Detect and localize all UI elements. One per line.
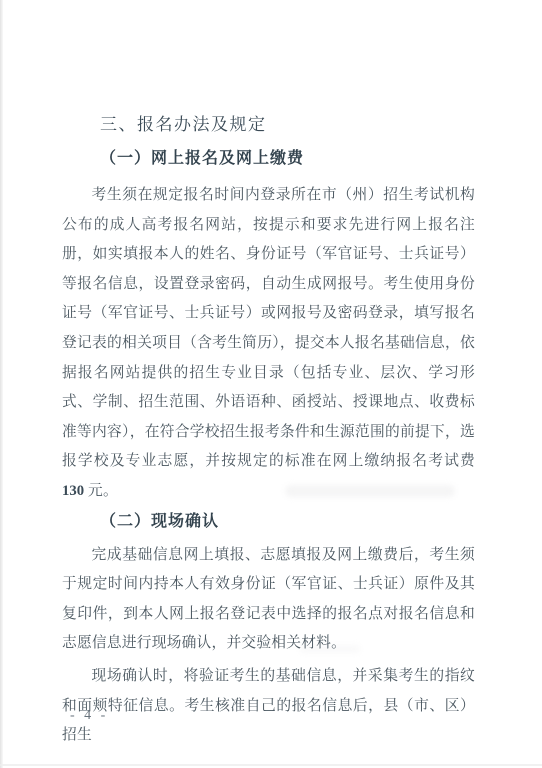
subsection-heading-online-registration: （一）网上报名及网上缴费 — [62, 146, 475, 172]
document-page: 三、报名办法及规定 （一）网上报名及网上缴费 考生须在规定报名时间内登录所在市（… — [0, 0, 542, 768]
page-number: - 4 - — [70, 706, 108, 726]
paragraph-online-registration-text: 考生须在规定报名时间内登录所在市（州）招生考试机构公布的成人高考报名网站，按提示… — [62, 187, 475, 469]
paragraph-online-registration: 考生须在规定报名时间内登录所在市（州）招生考试机构公布的成人高考报名网站，按提示… — [62, 181, 475, 507]
exam-fee-amount: 130 — [62, 483, 84, 499]
scan-edge-left — [0, 0, 3, 768]
scan-edge-bottom — [0, 764, 542, 766]
document-content: 三、报名办法及规定 （一）网上报名及网上缴费 考生须在规定报名时间内登录所在市（… — [62, 112, 475, 751]
paragraph-onsite-confirmation-1: 完成基础信息网上填报、志愿填报及网上缴费后，考生须于规定时间内持本人有效身份证（… — [62, 541, 475, 659]
paragraph-onsite-confirmation-2: 现场确认时，将验证考生的基础信息，并采集考生的指纹和面颊特征信息。考生核准自己的… — [62, 662, 475, 751]
subsection-heading-onsite-confirmation: （二）现场确认 — [62, 509, 475, 535]
paragraph-online-registration-suffix: 元。 — [84, 483, 118, 499]
section-title: 三、报名办法及规定 — [62, 112, 475, 138]
